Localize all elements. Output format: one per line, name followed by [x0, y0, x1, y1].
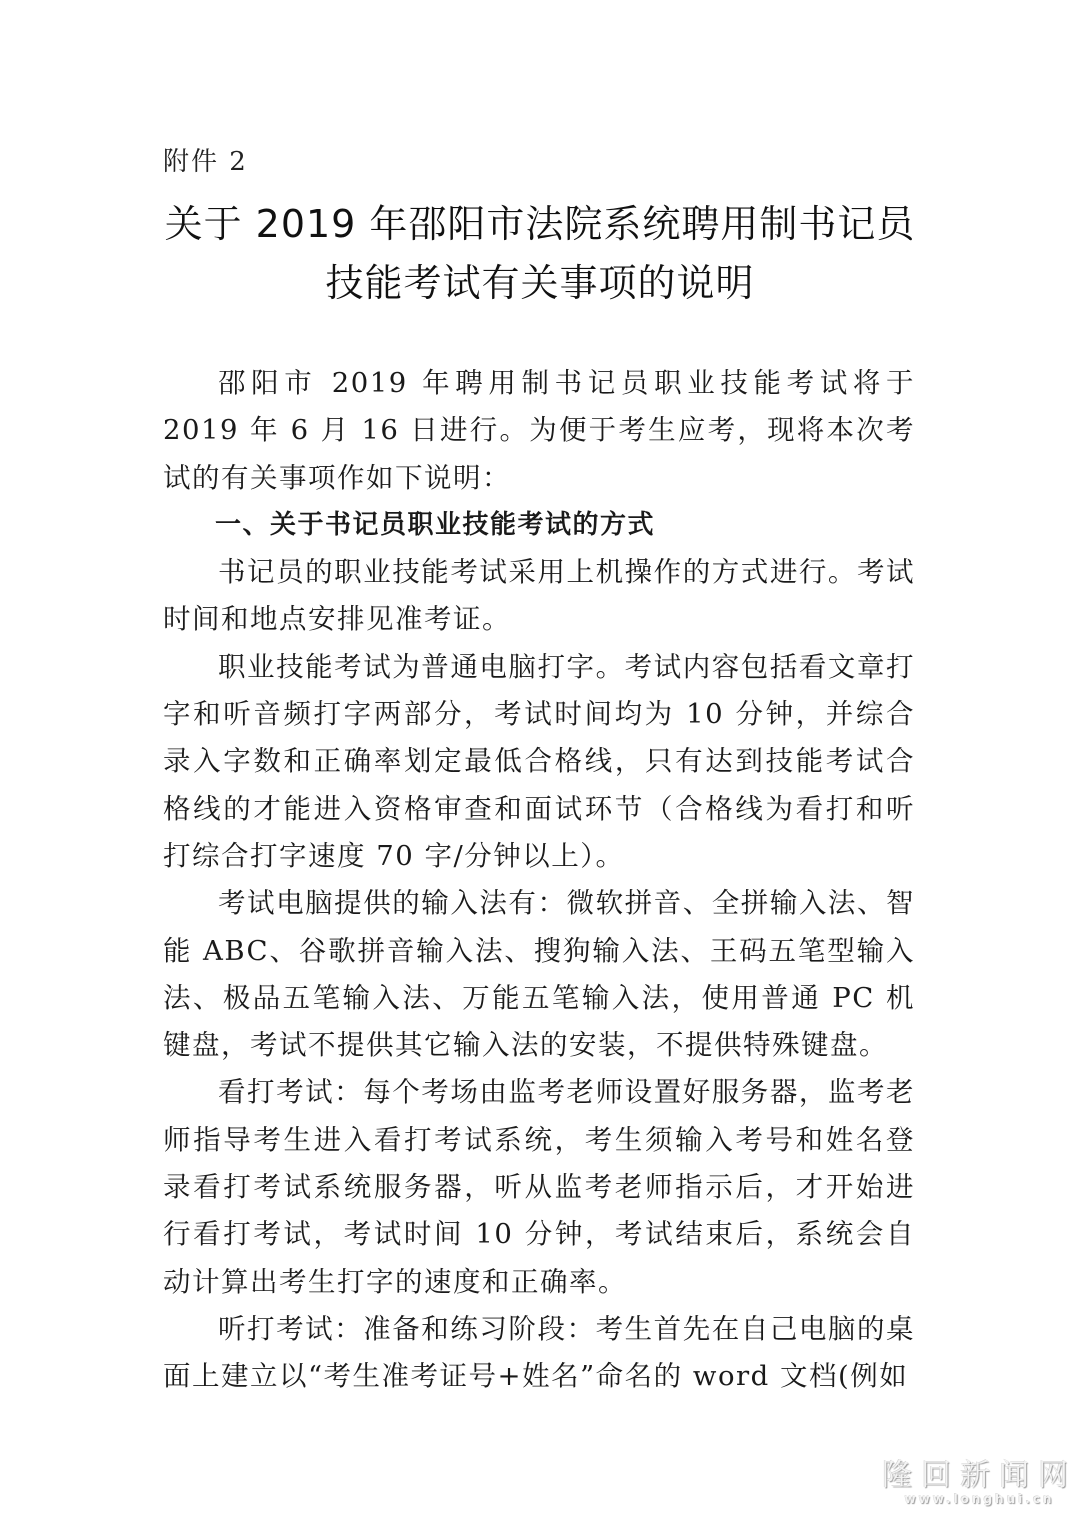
body-paragraph: 书记员的职业技能考试采用上机操作的方式进行。考试时间和地点安排见准考证。	[163, 549, 915, 644]
attachment-label: 附件 2	[163, 141, 248, 178]
watermark-logo: 隆回新闻网 www.longhui.cn	[882, 1460, 1077, 1506]
document-title-line-1: 关于 2019 年邵阳市法院系统聘用制书记员	[0, 193, 1080, 248]
watermark-url: www.longhui.cn	[882, 1492, 1077, 1506]
document-title-line-2: 技能考试有关事项的说明	[0, 252, 1080, 307]
section-heading: 一、关于书记员职业技能考试的方式	[163, 502, 915, 549]
watermark-name: 隆回新闻网	[882, 1460, 1077, 1492]
body-paragraph: 看打考试：每个考场由监考老师设置好服务器，监考老师指导考生进入看打考试系统，考生…	[163, 1069, 915, 1305]
body-paragraph: 职业技能考试为普通电脑打字。考试内容包括看文章打字和听音频打字两部分，考试时间均…	[163, 644, 915, 880]
body-paragraph: 听打考试：准备和练习阶段：考生首先在自己电脑的桌面上建立以“考生准考证号+姓名”…	[163, 1306, 915, 1401]
body-paragraph: 考试电脑提供的输入法有：微软拼音、全拼输入法、智能 ABC、谷歌拼音输入法、搜狗…	[163, 880, 915, 1069]
document-body: 邵阳市 2019 年聘用制书记员职业技能考试将于 2019 年 6 月 16 日…	[163, 360, 915, 1401]
intro-paragraph: 邵阳市 2019 年聘用制书记员职业技能考试将于 2019 年 6 月 16 日…	[163, 360, 915, 502]
